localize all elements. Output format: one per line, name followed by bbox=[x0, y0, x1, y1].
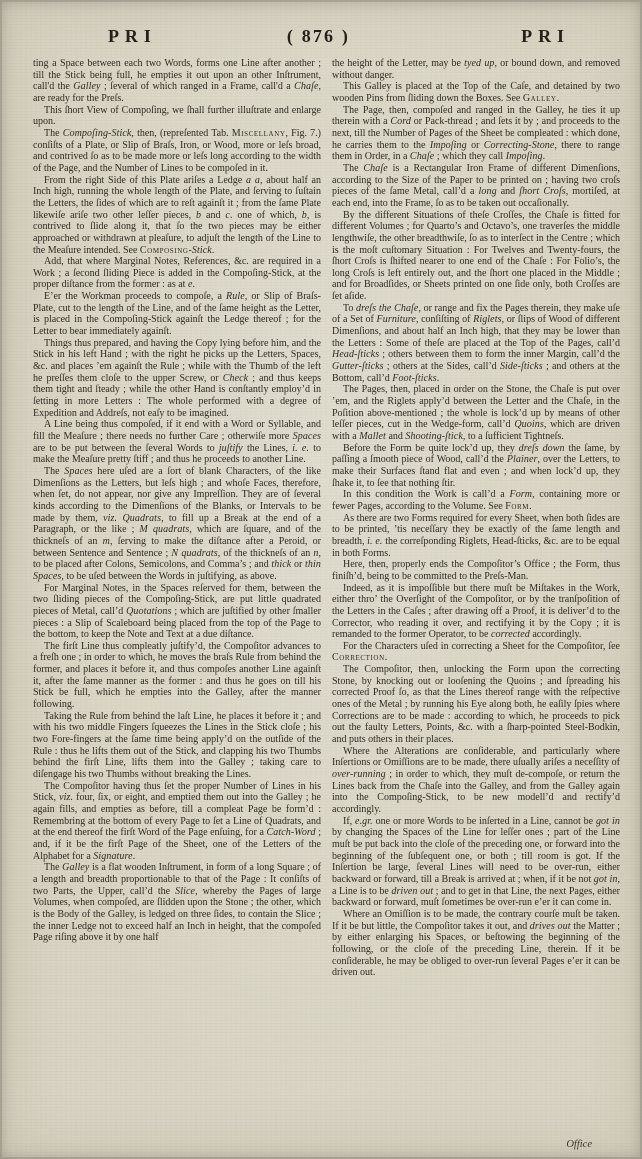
paragraph: Before the Form be quite lock’d up, they… bbox=[332, 443, 620, 490]
right-column: the height of the Letter, may be tyed up… bbox=[332, 58, 620, 1136]
paragraph: A Line being thus compoſed, if it end wi… bbox=[33, 419, 321, 466]
paragraph: Add, that where Marginal Notes, Referenc… bbox=[33, 256, 321, 291]
paragraph: As there are two Forms required for ever… bbox=[332, 513, 620, 560]
paragraph: From the right Side of this Plate ariſes… bbox=[33, 175, 321, 257]
paragraph: The Compoſitor having thus ſet the prope… bbox=[33, 781, 321, 863]
paragraph: If, e.gr. one or more Words to be inſert… bbox=[332, 816, 620, 909]
paragraph: This Galley is placed at the Top of the … bbox=[332, 81, 620, 104]
running-head-right: PRI bbox=[521, 26, 570, 47]
paragraph: For the Characters uſed in correcting a … bbox=[332, 641, 620, 664]
paragraph: In this condition the Work is call’d a F… bbox=[332, 489, 620, 512]
catchword: Office bbox=[566, 1139, 592, 1150]
paragraph: the height of the Letter, may be tyed up… bbox=[332, 58, 620, 81]
page-header: PRI ( 876 ) PRI bbox=[0, 26, 642, 50]
paragraph: The Pages, then, placed in order on the … bbox=[332, 384, 620, 442]
paragraph: E’er the Workman proceeds to compoſe, a … bbox=[33, 291, 321, 338]
paragraph: The Chaſe is a Rectangular Iron Frame of… bbox=[332, 163, 620, 210]
page-number: ( 876 ) bbox=[287, 26, 350, 47]
paragraph: ting a Space between each two Words, for… bbox=[33, 58, 321, 105]
paragraph: Where the Alterations are conſiderable, … bbox=[332, 746, 620, 816]
paragraph: The Compoſing-Stick, then, (repreſented … bbox=[33, 128, 321, 175]
paragraph: For Marginal Notes, in the Spaces reſerv… bbox=[33, 583, 321, 641]
text-columns: ting a Space between each two Words, for… bbox=[0, 50, 642, 1136]
running-head-left: PRI bbox=[108, 26, 157, 47]
paragraph: Where an Omiſſion is to be made, the con… bbox=[332, 909, 620, 979]
paragraph: The Page, then, compoſed and ranged in t… bbox=[332, 105, 620, 163]
paragraph: By the different Situations of theſe Cro… bbox=[332, 210, 620, 303]
paragraph: The Galley is a flat wooden Inſtrument, … bbox=[33, 862, 321, 944]
paragraph: Indeed, as it is impoſſible but there mu… bbox=[332, 583, 620, 641]
paragraph: The firſt Line thus compleatly juſtify’d… bbox=[33, 641, 321, 711]
scanned-book-page: PRI ( 876 ) PRI ting a Space between eac… bbox=[0, 0, 642, 1159]
paragraph: Taking the Rule from behind the laſt Lin… bbox=[33, 711, 321, 781]
paragraph: Things thus prepared, and having the Cop… bbox=[33, 338, 321, 420]
paragraph: This ſhort View of Compoſing, we ſhall f… bbox=[33, 105, 321, 128]
paragraph: The Compoſitor, then, unlocking the Form… bbox=[332, 664, 620, 746]
paragraph: Here, then, properly ends the Compoſitor… bbox=[332, 559, 620, 582]
paragraph: The Spaces here uſed are a ſort of blank… bbox=[33, 466, 321, 583]
left-column: ting a Space between each two Words, for… bbox=[33, 58, 321, 1136]
paragraph: To dreſs the Chaſe, or range and fix the… bbox=[332, 303, 620, 385]
